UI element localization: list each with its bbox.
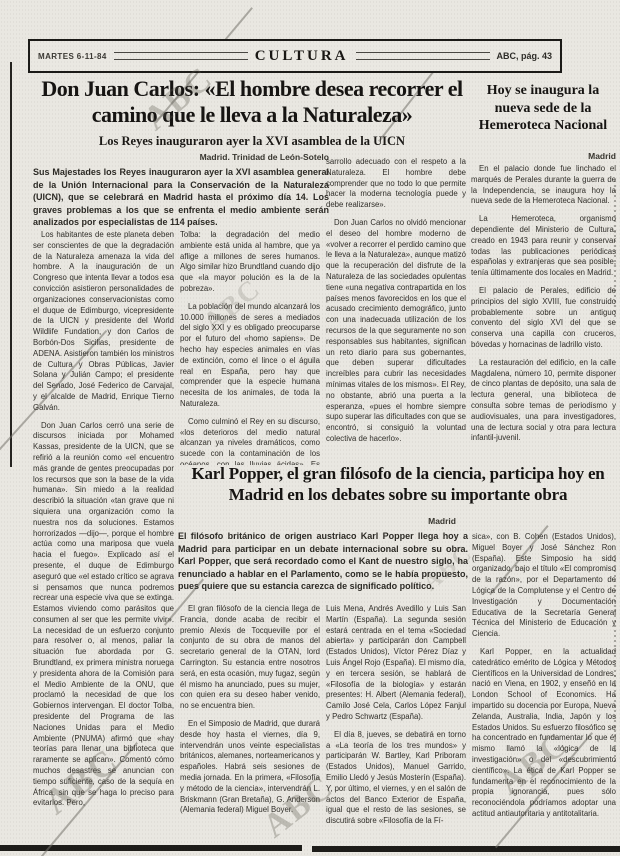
article-main-headline: Don Juan Carlos: «El hombre desea recorr…	[30, 76, 474, 128]
paragraph: Don Juan Carlos no olvidó mencionar el d…	[326, 218, 466, 445]
article-popper-lead: El filósofo británico de origen austriac…	[178, 530, 468, 593]
paragraph: La Hemeroteca, organismo dependiente del…	[471, 214, 616, 279]
article-main-byline: Madrid. Trinidad de León-Sotelo	[33, 152, 329, 162]
page-edge-rule	[10, 62, 12, 467]
masthead-section-title: CULTURA	[255, 48, 349, 65]
paragraph: Como culminó el Rey en su discurso, «los…	[180, 417, 320, 465]
masthead: MARTES 6-11-84 CULTURA ABC, pág. 43	[28, 39, 562, 73]
article-main-intro: Madrid. Trinidad de León-Sotelo Sus Maje…	[33, 152, 329, 229]
paragraph: En el palacio donde fue linchado el marq…	[471, 164, 616, 207]
paragraph: Karl Popper, en la actualidad catedrátic…	[472, 647, 616, 820]
paragraph: La restauración del edificio, en la call…	[471, 358, 616, 444]
paragraph: sica», con B. Cohen (Estados Unidos), Mi…	[472, 532, 616, 640]
article-popper-headline: Karl Popper, el gran filósofo de la cien…	[178, 463, 618, 505]
article-hemeroteca-headline: Hoy se inaugura la nueva sede de la Heme…	[470, 82, 616, 135]
paragraph: El día 8, jueves, se debatirá en torno a…	[326, 730, 466, 827]
article-main-column-2: Tolba: la degradación del medio ambiente…	[180, 230, 320, 465]
article-popper-column-2: Luis Mena, Andrés Avedillo y Luis San Ma…	[326, 604, 466, 854]
article-popper-intro: Madrid El filósofo británico de origen a…	[178, 516, 468, 593]
paragraph: En el Simposio de Madrid, que durará des…	[180, 719, 320, 816]
article-popper-byline: Madrid	[178, 516, 468, 526]
article-main-subhead: Los Reyes inauguraron ayer la XVI asambl…	[30, 134, 474, 149]
article-main-column-3: sarrollo adecuado con el respeto a la Na…	[326, 157, 466, 465]
paragraph: sarrollo adecuado con el respeto a la Na…	[326, 157, 466, 211]
paragraph: Tolba: la degradación del medio ambiente…	[180, 230, 320, 295]
article-popper-column-3: sica», con B. Cohen (Estados Unidos), Mi…	[472, 532, 616, 854]
article-hemeroteca-column: En el palacio donde fue linchado el marq…	[471, 164, 616, 464]
newspaper-page: ABC ABC ABC ABC ABC ABC MARTES 6-11-84 C…	[0, 0, 620, 856]
paragraph: Los habitantes de este planeta deben ser…	[33, 230, 174, 414]
paragraph: Luis Mena, Andrés Avedillo y Luis San Ma…	[326, 604, 466, 723]
paragraph: La población del mundo alcanzará los 10.…	[180, 302, 320, 410]
paragraph: El palacio de Perales, edificio de princ…	[471, 286, 616, 351]
article-popper-column-1: El gran filósofo de la ciencia llega de …	[180, 604, 320, 832]
article-main-column-1: Los habitantes de este planeta deben ser…	[33, 230, 174, 808]
masthead-rule	[356, 52, 490, 60]
paragraph: Don Juan Carlos cerró una serie de discu…	[33, 421, 174, 808]
masthead-rule	[114, 52, 248, 60]
paragraph: El gran filósofo de la ciencia llega de …	[180, 604, 320, 712]
article-main-lead: Sus Majestades los Reyes inauguraron aye…	[33, 166, 329, 229]
masthead-date: MARTES 6-11-84	[38, 52, 107, 61]
masthead-page-number: ABC, pág. 43	[497, 51, 553, 61]
article-hemeroteca-byline: Madrid	[470, 151, 616, 161]
